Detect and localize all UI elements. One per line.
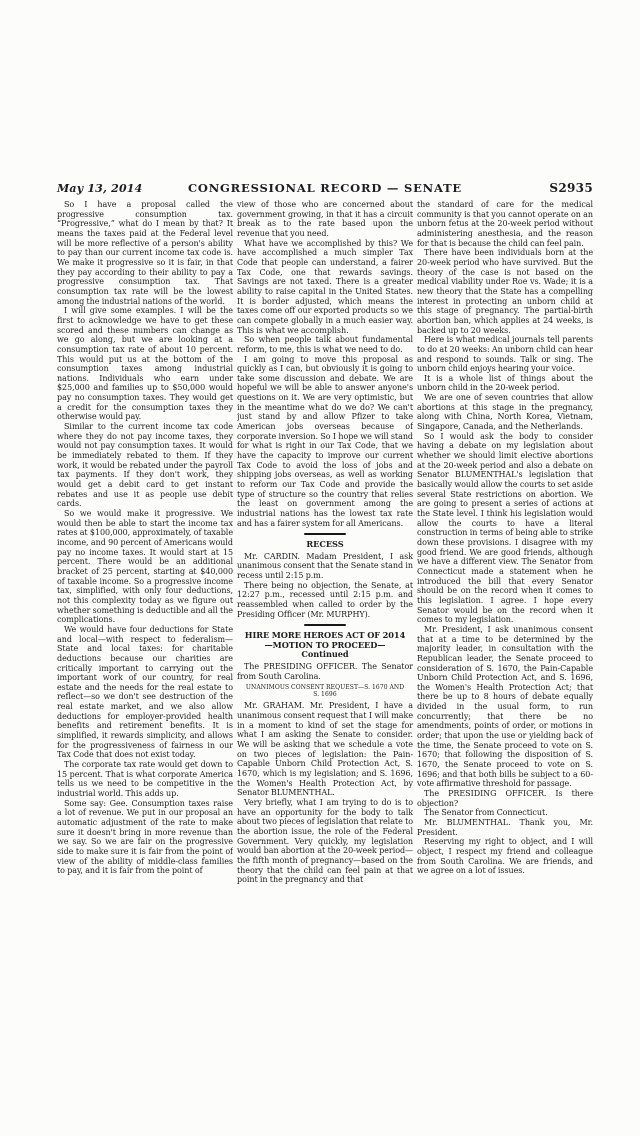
- paragraph: So when people talk about fundamental re…: [237, 335, 413, 354]
- paragraph: Similar to the current income tax code w…: [57, 422, 233, 509]
- paragraph: So I have a proposal called the progress…: [57, 200, 233, 306]
- issue-date: May 13, 2014: [57, 182, 175, 195]
- masthead: May 13, 2014 CONGRESSIONAL RECORD — SENA…: [57, 181, 593, 195]
- subsection-heading: UNANIMOUS CONSENT REQUEST—S. 1670 AND S.…: [245, 684, 405, 699]
- paragraph: Reserving my right to object, and I will…: [417, 837, 593, 876]
- column-2: view of those who are concerned about go…: [237, 200, 413, 990]
- paragraph: Here is what medical journals tell paren…: [417, 335, 593, 374]
- paragraph: The PRESIDING OFFICER. The Senator from …: [237, 662, 413, 681]
- paragraph: Mr. CARDIN. Madam President, I ask unani…: [237, 552, 413, 581]
- paragraph: Mr. President, I ask unanimous consent t…: [417, 625, 593, 789]
- paragraph: There being no objection, the Senate, at…: [237, 581, 413, 620]
- paragraph: Mr. GRAHAM. Mr. President, I have a unan…: [237, 701, 413, 798]
- paragraph: I am going to move this proposal as quic…: [237, 355, 413, 529]
- paragraph: We are one of seven countries that allow…: [417, 393, 593, 432]
- paragraph: Mr. BLUMENTHAL. Thank you, Mr. President…: [417, 818, 593, 837]
- text-columns: So I have a proposal called the progress…: [57, 200, 593, 990]
- paragraph: There have been individuals born at the …: [417, 248, 593, 335]
- paragraph: What have we accomplished by this? We ha…: [237, 239, 413, 336]
- paragraph: We would have four deductions for State …: [57, 625, 233, 760]
- column-1: So I have a proposal called the progress…: [57, 200, 233, 990]
- paragraph-continuation: view of those who are concerned about go…: [237, 200, 413, 239]
- paragraph-continuation: the standard of care for the medical com…: [417, 200, 593, 248]
- paragraph: I will give some examples. I will be the…: [57, 306, 233, 422]
- paragraph: The PRESIDING OFFICER. Is there objectio…: [417, 789, 593, 808]
- column-3: the standard of care for the medical com…: [417, 200, 593, 990]
- section-heading: HIRE MORE HEROES ACT OF 2014—MOTION TO P…: [241, 631, 409, 660]
- paragraph: The Senator from Connecticut.: [417, 808, 593, 818]
- section-heading: RECESS: [241, 540, 409, 550]
- paragraph: The corporate tax rate would get down to…: [57, 760, 233, 799]
- section-separator: [304, 624, 346, 626]
- paragraph: So I would ask the body to consider havi…: [417, 432, 593, 625]
- paragraph: Very briefly, what I am trying to do is …: [237, 798, 413, 885]
- publication-title: CONGRESSIONAL RECORD — SENATE: [175, 181, 475, 195]
- congressional-record-page: May 13, 2014 CONGRESSIONAL RECORD — SENA…: [0, 0, 640, 1136]
- paragraph: So we would make it progressive. We woul…: [57, 509, 233, 625]
- paragraph: It is a whole list of things about the u…: [417, 374, 593, 393]
- page-number: S2935: [475, 181, 593, 195]
- section-separator: [304, 533, 346, 535]
- paragraph: Some say: Gee. Consumption taxes raise a…: [57, 799, 233, 876]
